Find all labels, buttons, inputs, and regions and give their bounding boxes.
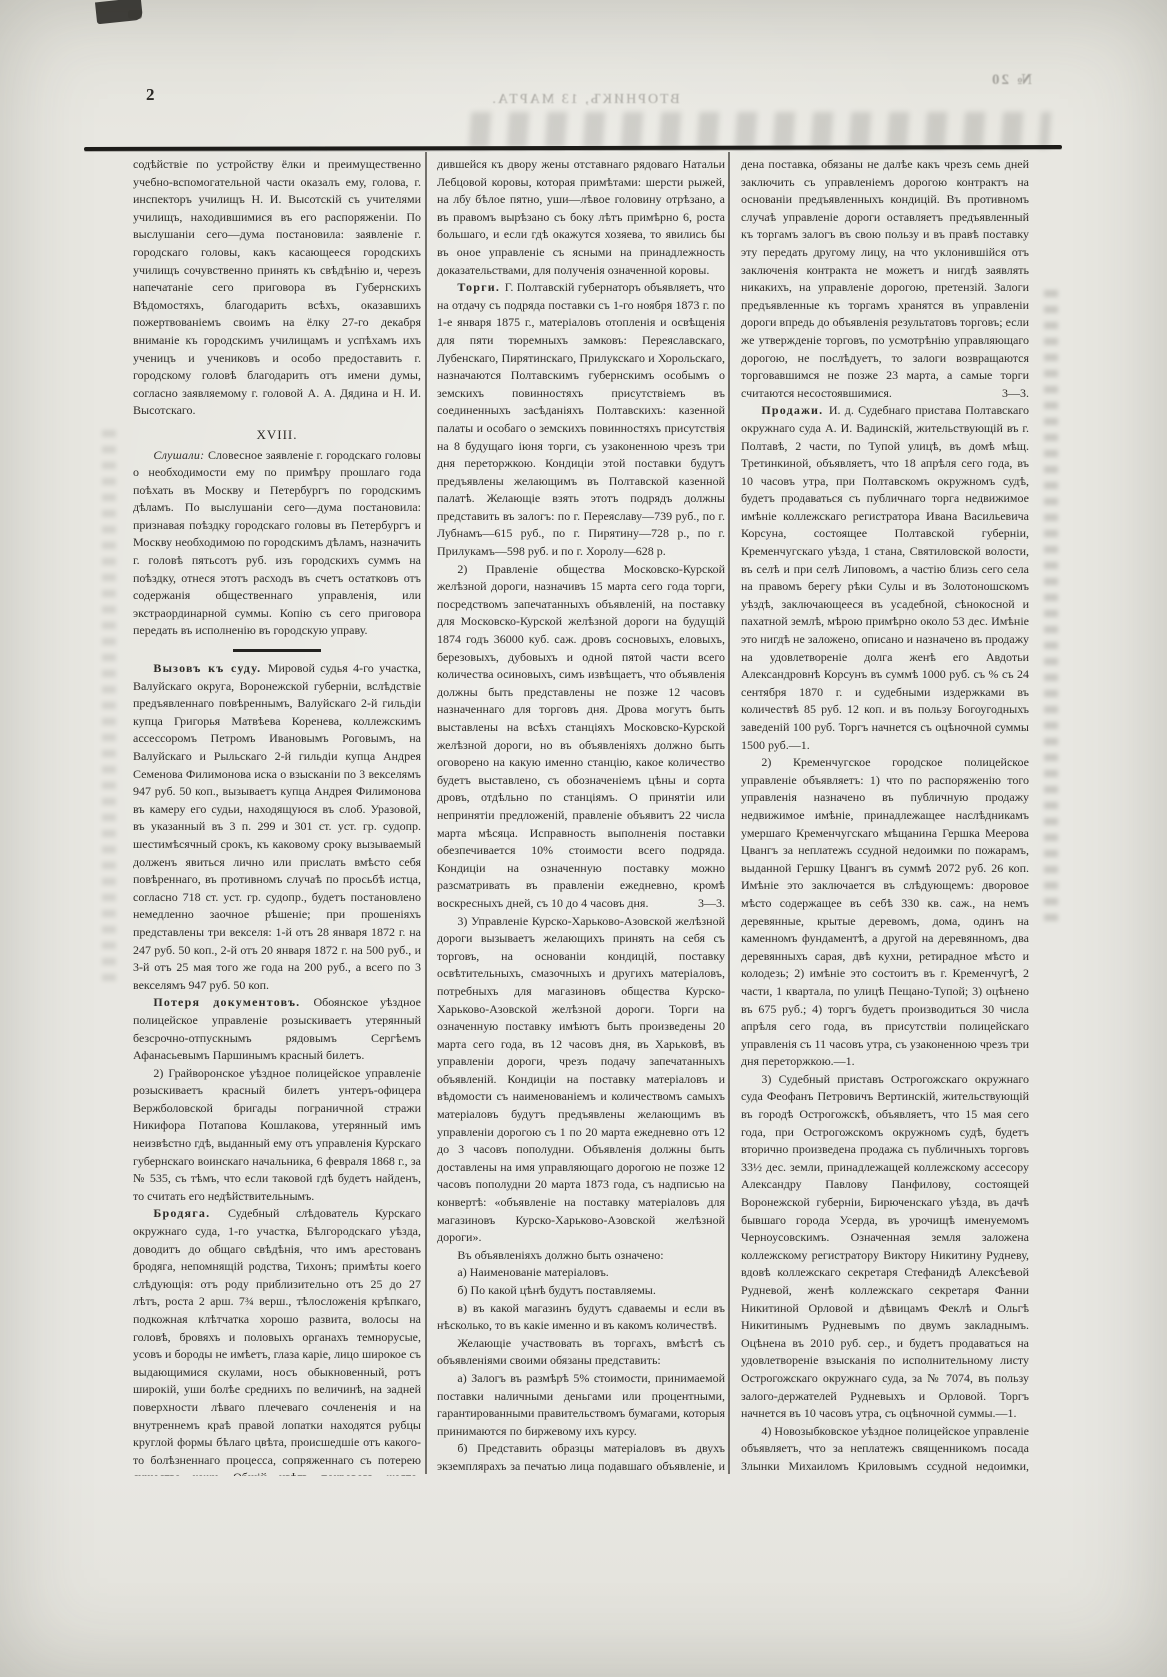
- notice-title: Слушали:: [153, 448, 208, 462]
- notice-paragraph: Торги. Г. Полтавскій губернаторъ объявля…: [437, 279, 725, 561]
- notice-paragraph: Вызовъ къ суду. Мировой судья 4-го участ…: [133, 660, 421, 994]
- notice-paragraph: Продажи. И. д. Судебнаго пристава Полтав…: [741, 402, 1029, 754]
- paragraph: дена поставка, обязаны не далѣе какъ чре…: [741, 156, 1029, 402]
- paragraph: 2) Кременчугское городское полицейское у…: [741, 754, 1029, 1071]
- news-column-2: дившейся къ двору жены отставнаго рядова…: [437, 156, 725, 1476]
- paragraph: содѣйствіе по устройству ёлки и преимуще…: [133, 156, 421, 420]
- notice-title: Бродяга.: [153, 1206, 228, 1220]
- paragraph: а) Залогъ въ размѣрѣ 5% стоимости, прини…: [437, 1370, 725, 1440]
- section-heading: XVIII.: [133, 426, 421, 444]
- bleed-through-masthead: [469, 112, 1052, 148]
- bleed-through-right-margin: [1044, 290, 1058, 930]
- page-number: 2: [146, 85, 155, 105]
- notice-title: Торги.: [457, 280, 504, 294]
- bleed-through-issue-number: № 20: [990, 72, 1032, 89]
- news-column-3: дена поставка, обязаны не далѣе какъ чре…: [741, 156, 1029, 1476]
- news-column-1: содѣйствіе по устройству ёлки и преимуще…: [133, 156, 421, 1476]
- repeat-count-marker: 3—3.: [1002, 385, 1029, 403]
- paragraph: 3) Управленіе Курско-Харьково-Азовской ж…: [437, 913, 725, 1247]
- notice-paragraph: Бродяга. Судебный слѣдователь Курскаго о…: [133, 1205, 421, 1476]
- paragraph: в) въ какой магазинъ будутъ сдаваемы и е…: [437, 1300, 725, 1335]
- notice-title: Потеря документовъ.: [153, 995, 313, 1009]
- repeat-count-marker: 3—3.: [678, 895, 725, 913]
- paragraph: Въ объявленіяхъ должно быть означено:: [437, 1247, 725, 1265]
- bleed-through-left-margin: [102, 430, 116, 990]
- notice-paragraph: Потеря документовъ. Обоянское уѣздное по…: [133, 994, 421, 1064]
- notice-paragraph: Слушали: Словесное заявленіе г. городска…: [133, 447, 421, 641]
- paragraph: Желающіе участвовать въ торгахъ, вмѣстѣ …: [437, 1335, 725, 1370]
- paragraph: дившейся къ двору жены отставнаго рядова…: [437, 156, 725, 279]
- paragraph: 4) Новозыбковское уѣздное полицейское уп…: [741, 1423, 1029, 1476]
- paragraph: 2) Грайворонское уѣздное полицейское упр…: [133, 1065, 421, 1206]
- paragraph: б) По какой цѣнѣ будутъ поставляемы.: [437, 1282, 725, 1300]
- notice-title: Продажи.: [761, 403, 828, 417]
- paragraph: б) Представить образцы матеріаловъ въ дв…: [437, 1440, 725, 1476]
- notice-title: Вызовъ къ суду.: [153, 661, 267, 675]
- section-divider: [233, 649, 321, 652]
- bleed-through-date-text: ВТОРНИКЪ, 13 МАРТА.: [455, 92, 715, 108]
- paragraph: а) Наименованіе матеріаловъ.: [437, 1264, 725, 1282]
- paragraph: 2) Правленіе общества Московско-Курской …: [437, 561, 725, 913]
- paragraph: 3) Судебный приставъ Острогожскаго окруж…: [741, 1071, 1029, 1423]
- scan-artifact-top-left-small: [128, 10, 142, 19]
- text-columns: содѣйствіе по устройству ёлки и преимуще…: [133, 156, 1033, 1476]
